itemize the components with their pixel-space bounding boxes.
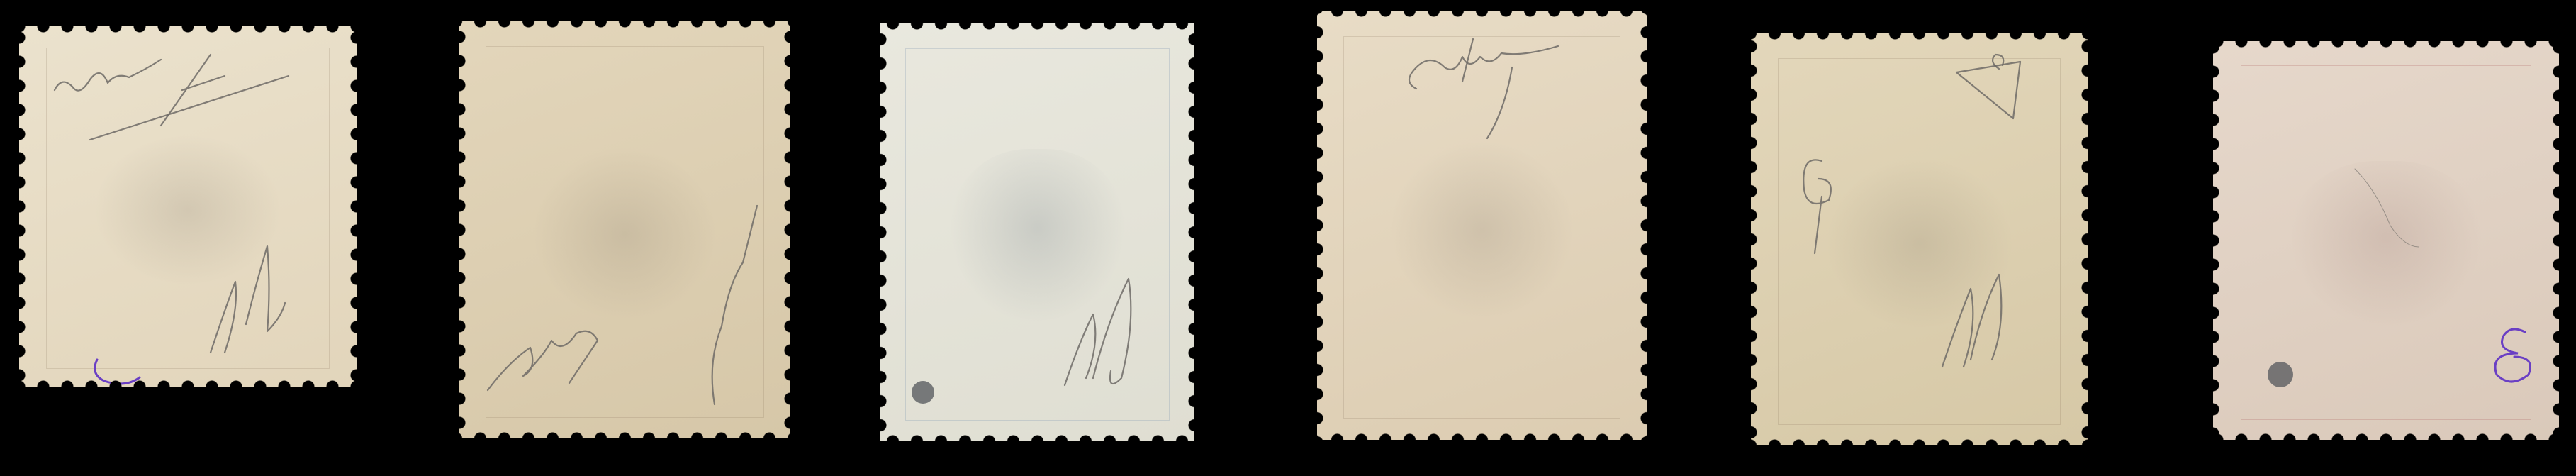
stamp-5 — [1751, 33, 2088, 445]
stamp-1 — [19, 26, 357, 387]
stamp-6 — [2213, 41, 2559, 440]
pencil-marks — [19, 26, 357, 387]
pencil-marks — [2213, 41, 2559, 440]
stamp-3 — [880, 23, 1194, 441]
ink-blot — [2268, 362, 2293, 387]
ink-blot — [912, 381, 934, 404]
pencil-marks — [1317, 11, 1647, 440]
pencil-marks — [459, 21, 790, 438]
pencil-marks — [1751, 33, 2088, 445]
stamp-4 — [1317, 11, 1647, 440]
stamp-2 — [459, 21, 790, 438]
pencil-marks — [880, 23, 1194, 441]
